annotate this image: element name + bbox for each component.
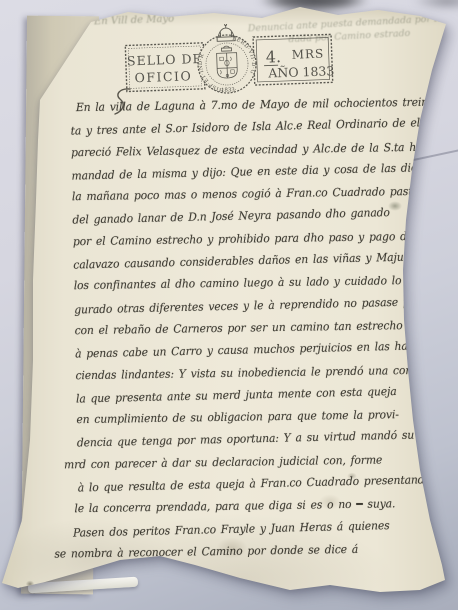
official-tax-stamp: SELLO DE OFICIO 4. MRS AÑO 1833 — [114, 24, 344, 104]
stamp-mrs-text: MRS — [291, 47, 324, 62]
photo-of-manuscript: En Vill de Mayo Denuncia ante puesta dem… — [0, 0, 458, 610]
handwritten-text-block: En la villa de Laguna à 7.mo de Mayo de … — [70, 91, 408, 566]
royal-seal: FERD·VII·D·G HISP·ET·IND·R ·1833· — [196, 24, 257, 94]
stamp-oficio-text: OFICIO — [134, 68, 192, 85]
stamp-ano-text: AÑO 1833 — [267, 63, 335, 80]
seal-year: ·1833· — [219, 87, 237, 94]
paper-sheet-wrapper: En Vill de Mayo Denuncia ante puesta dem… — [0, 0, 458, 610]
stamp-sello-de-text: SELLO DE — [127, 51, 203, 69]
stamp-value-text: 4. — [265, 47, 281, 67]
manuscript-page: En Vill de Mayo Denuncia ante puesta dem… — [0, 0, 458, 610]
manuscript-line: se nombra à reconocer el Camino por dond… — [54, 538, 408, 566]
